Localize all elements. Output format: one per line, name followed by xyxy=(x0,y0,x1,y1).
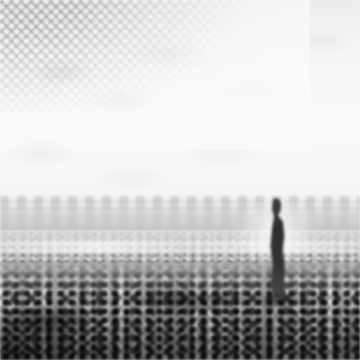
crosshatch-fade-overlay xyxy=(0,0,310,150)
halftone-landscape-photo xyxy=(0,0,360,360)
lone-standing-figure xyxy=(262,198,290,298)
figure-silhouette xyxy=(262,198,290,298)
bottom-vignette-shade xyxy=(0,298,360,360)
scene xyxy=(0,0,360,360)
